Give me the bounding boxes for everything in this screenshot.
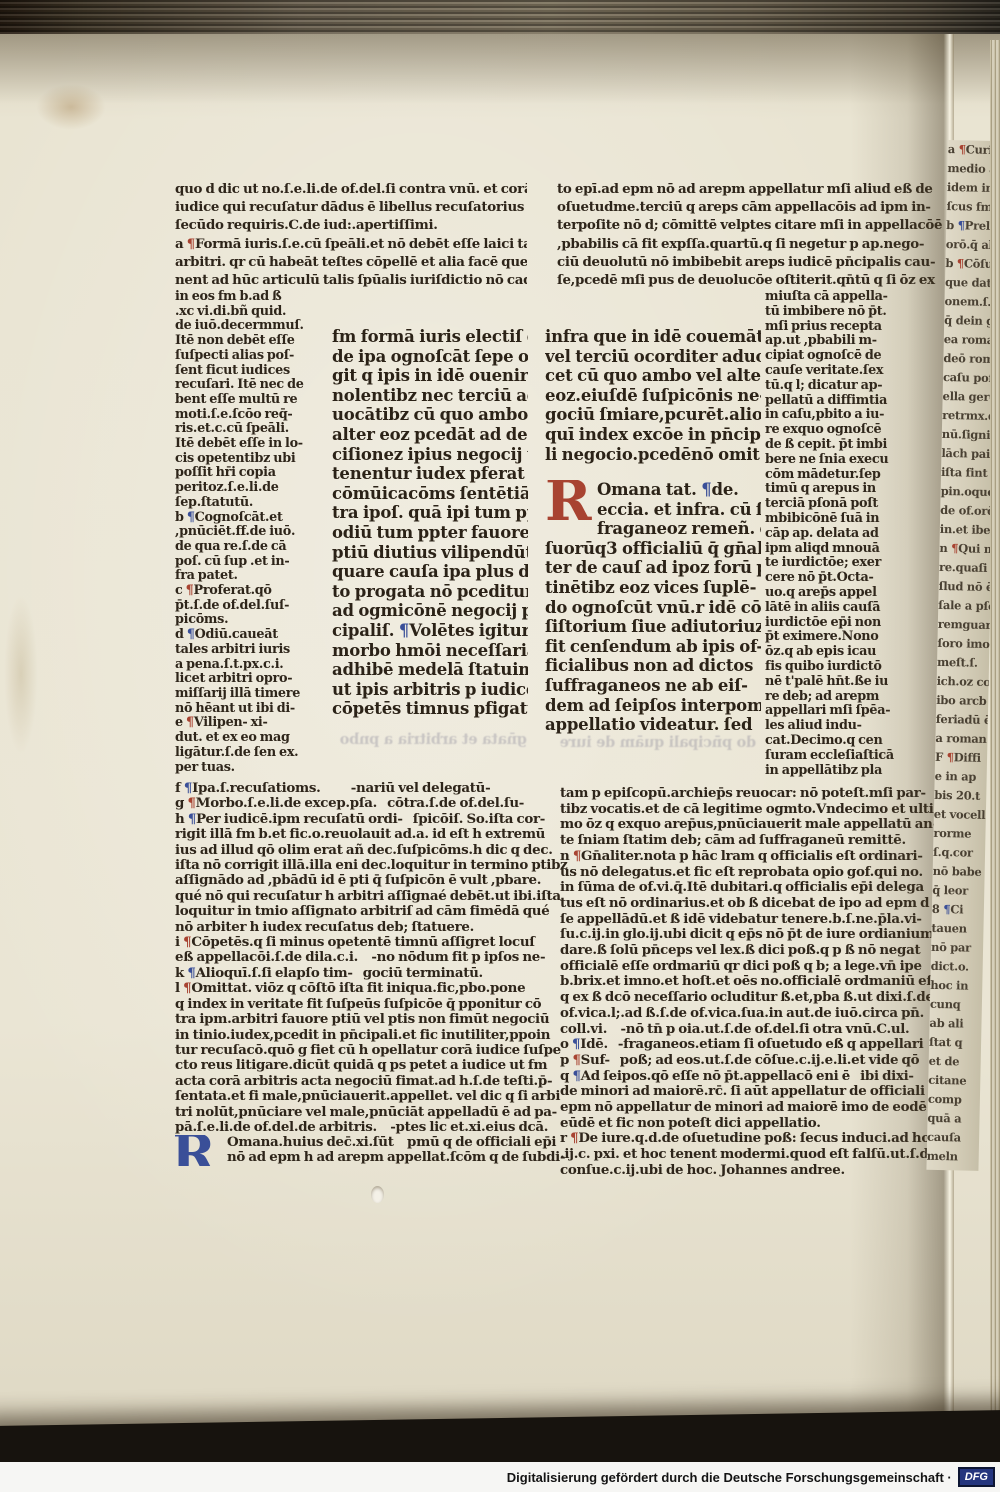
text-line: onem.ſ.de	[944, 292, 996, 312]
text-line: citane	[928, 1071, 980, 1091]
text-line: nō hēant ut ibi di-	[175, 702, 349, 717]
text-line: de ipa ognoſcāt ſepe otin	[332, 347, 528, 367]
paper-stain	[4, 594, 38, 754]
text-line: tales arbitri iuris	[175, 643, 349, 658]
text-line: remguar	[938, 615, 990, 635]
gloss-left-column: in eos fm b.ad ß.xc vi.di.bñ quid.de iuō…	[175, 290, 349, 775]
text-line: cet cū quo ambo vel alter	[545, 366, 761, 386]
text-line: fm formā iuris electiſ qui	[332, 327, 528, 347]
text-line: ſtat q	[929, 1033, 981, 1053]
text-line: appellatio videatur. ſed	[545, 715, 761, 735]
pilcrow-blue: ¶	[187, 627, 195, 642]
text-line: ſuorūq3 officialiū q̄ gn̄ali-	[545, 539, 761, 559]
text-line: ſuſpecti alias poſ-	[175, 349, 349, 364]
text-line: dut. et ex eo mag	[175, 731, 349, 746]
text-line: ptiū diutius vilipendūt.	[332, 543, 528, 563]
text-line: ſoro imo	[937, 634, 989, 654]
text-line: nent ad hūc articulū talis ſpūalis iuriſ…	[175, 271, 527, 289]
text-line: tra ipm.arbitri fauore ptiū vel ptis non…	[175, 1012, 595, 1027]
ink-show-through-right: do pn̄cipali quām de iure	[560, 734, 756, 751]
text-line: tauen	[931, 919, 983, 939]
text-line: gociū ſmiare,pcurēt.alio-	[545, 405, 761, 425]
text-line: alter eoz pcedāt ad de-	[332, 425, 528, 445]
pilcrow-blue: ¶	[188, 811, 196, 827]
text-line: q̄ leor	[932, 881, 984, 901]
pilcrow-red: ¶	[186, 715, 194, 730]
text-line: quā a	[927, 1109, 979, 1129]
dfg-credit-text: Digitalisierung gefördert durch die Deut…	[507, 1470, 952, 1485]
text-line: ſecūdo requiris.C.de iud:.apertiſſimi.	[175, 216, 527, 234]
dfg-logo: DFG	[958, 1467, 995, 1487]
text-line: 8 ¶Ci	[932, 900, 984, 920]
text-line: ſep.ſtatutū.	[175, 496, 349, 511]
text-line: q index in veritate fit ſuſpeūs ſuſpicōe…	[175, 997, 595, 1012]
text-line: meln	[927, 1147, 979, 1167]
text-line: k ¶Alioquī.ſ.ſi elapſo tim- gociū termin…	[175, 966, 595, 981]
text-line: odiū tum ppter fauorem	[332, 523, 528, 543]
text-line: ſ.q.cor	[933, 843, 985, 863]
text-line: poſ. cū ſup .et in-	[175, 555, 349, 570]
pilcrow-red: ¶	[187, 795, 195, 811]
text-line: cunq	[930, 995, 982, 1015]
text-line: c ¶Proferat.qō	[175, 584, 349, 599]
pilcrow-red: ¶	[957, 256, 964, 270]
pilcrow-red: ¶	[183, 980, 191, 996]
pilcrow-blue: ¶	[701, 480, 711, 499]
text-line: cōmūicacōms ſentētiā cō-	[332, 484, 528, 504]
pilcrow-red: ¶	[183, 934, 191, 950]
text-line: ea roman	[944, 330, 996, 350]
text-line: cōpetēs timnus pfigatur	[332, 699, 528, 719]
pilcrow-blue: ¶	[958, 218, 965, 232]
pilcrow-red: ¶	[572, 1052, 580, 1068]
text-line: ſuffraganeos ne ab eiſ-	[545, 676, 761, 696]
text-line: rorme	[933, 824, 985, 844]
pilcrow-blue: ¶	[399, 621, 409, 640]
text-line: comp	[928, 1090, 980, 1110]
pilcrow-blue: ¶	[187, 965, 195, 981]
text-line: ficialibus non ad dictos	[545, 656, 761, 676]
pilcrow-red: ¶	[186, 583, 194, 598]
text-line: cto reus litigare.dicūt quidā q ps petet…	[175, 1058, 595, 1073]
pilcrow-red: ¶	[959, 142, 966, 156]
dfg-credit-bar: Digitalisierung gefördert durch die Deut…	[0, 1462, 1000, 1492]
pilcrow-red: ¶	[947, 750, 954, 764]
text-line: a pena.ſ.t.px.c.i.	[175, 658, 349, 673]
text-line: a roman	[935, 729, 987, 749]
text-line: acta corā arbitris acta negociū fimat.ad…	[175, 1074, 595, 1089]
text-line: recuſari. Itē nec de	[175, 378, 349, 393]
text-line: p̄t.ſ.de of.del.ſuſ-	[175, 599, 349, 614]
text-line: l ¶Omittat. viōz q cōſtō iſta fit iniqua…	[175, 981, 595, 996]
pilcrow-blue: ¶	[572, 1036, 580, 1052]
text-line: peritoz.ſ.e.li.de	[175, 481, 349, 496]
text-line: nō arbiter h iudex recuſatus deb; ſtatue…	[175, 920, 595, 935]
text-line: quare cauſa ipa plus debi	[332, 562, 528, 582]
text-line: adhibē medelā ſtatuim9	[332, 660, 528, 680]
text-line: in eos fm b.ad ß	[175, 290, 349, 305]
text-line: nolentibz nec terciū ad-	[332, 386, 528, 406]
text-line: uocātibz cū quo ambo vel	[332, 405, 528, 425]
text-line: ut ipis arbitris p iudicez	[332, 680, 528, 700]
text-line: rigit illā fm b.et fic.o.reuolauit ad.a.…	[175, 827, 595, 842]
digitized-book-photo: quo d dic ut no.ſ.e.li.de of.del.ſi cont…	[0, 0, 1000, 1492]
text-line: ibo arcb	[936, 691, 988, 711]
text-line: poſſit hr̄i copia	[175, 466, 349, 481]
text-line: ad ogmicōnē negocij pn̄	[332, 601, 528, 621]
pilcrow-blue: ¶	[943, 902, 950, 916]
pilcrow-blue: ¶	[572, 1068, 580, 1084]
text-line: licet arbitri opro-	[175, 672, 349, 687]
text-line: tra ipoſ. quā ipi tum ppter	[332, 503, 528, 523]
text-line: in.et ibe	[940, 520, 992, 540]
text-line: iſta nō corrigit illā.illa eni dec.loqui…	[175, 858, 595, 873]
text-line: git q ipis in idē ouenire	[332, 366, 528, 386]
text-line: d ¶Odiū.caueāt	[175, 628, 349, 643]
text-line: ella gere.ſ	[942, 387, 994, 407]
text-line: ligātur.ſ.de ſen ex.	[175, 746, 349, 761]
text-line: et vocell	[934, 805, 986, 825]
text-line: aſſignādo ad ,pbādū id ē pti q̄ ſuſpicōn…	[175, 873, 595, 888]
paper-hole	[371, 1186, 384, 1203]
text-line: Itē non debēt eſſe	[175, 334, 349, 349]
text-line: nō par	[931, 938, 983, 958]
paper-stain	[36, 84, 106, 130]
text-line: ,pnūciēt.ff.de iuō.	[175, 525, 349, 540]
text-line: eß appellacōi.ſ.de dila.c.i. -no nōdum f…	[175, 950, 595, 965]
text-line: h ¶Per iudicē.ipm recuſatū ordi- ſpicōiſ…	[175, 812, 595, 827]
text-line: ab ali	[929, 1014, 981, 1034]
text-line: retrmx.de	[942, 406, 994, 426]
text-line: b ¶Cognoſcāt.et	[175, 511, 349, 526]
text-line: ſale a pſo	[938, 596, 990, 616]
text-line: fra patet.	[175, 569, 349, 584]
text-line: ſiſtorium ſiue adiutoriuz	[545, 617, 761, 637]
text-line: ris.et.c.cū ſpeāli.	[175, 422, 349, 437]
main-text-right-romana: R Omana tat. ¶de.eccia. et infra. cū ſuf…	[545, 480, 761, 735]
text-line: bent eſſe multū re	[175, 393, 349, 408]
text-line: vel terciū ocorditer aduo	[545, 347, 761, 367]
text-line: tinētibz eoz vices ſuplē-	[545, 578, 761, 598]
text-line: n ¶Qui m	[939, 539, 991, 559]
text-line: lāch pail	[941, 444, 993, 464]
pilcrow-red: ¶	[570, 1130, 578, 1146]
text-line: do ognoſcūt vnū.r idē cō-	[545, 598, 761, 618]
text-line: li negocio.pcedēnō omit	[545, 445, 761, 465]
text-line: infra que in idē couemāt.	[545, 327, 761, 347]
text-line: re.quaſi d	[939, 558, 991, 578]
text-line: nō babe	[932, 862, 984, 882]
text-line: ſent ficut iudices	[175, 364, 349, 379]
pilcrow-red: ¶	[187, 236, 195, 252]
text-line: et de	[929, 1052, 981, 1072]
text-line: q̄ dein gar	[944, 311, 996, 331]
main-text-right-upper: infra que in idē couemāt.vel terciū ocor…	[545, 327, 761, 464]
text-line: eoz.eiuſdē ſuſpicōnis ne-	[545, 386, 761, 406]
text-line: arbitri. qr cū habeāt teſtes cōpellē et …	[175, 253, 527, 271]
text-line: dem ad ſeipſos interpom	[545, 696, 761, 716]
text-line: hoc in	[930, 976, 982, 996]
text-line: de iuō.decermmuſ.	[175, 319, 349, 334]
text-line: ius ad illud qō olim erat añ dec.ſuſpicō…	[175, 843, 595, 858]
text-line: fit cenſendum ab ipis of-	[545, 637, 761, 657]
page-edge-strip	[990, 40, 1000, 1448]
rubricated-initial-R-blue: R	[175, 1135, 216, 1166]
text-line: quī index excōe in pn̄cipa	[545, 425, 761, 445]
text-line: tenentur iudex pferat ex	[332, 464, 528, 484]
text-line: ciſionez ipius negocij ut	[332, 445, 528, 465]
text-line: nū.ſignific	[942, 425, 994, 445]
pilcrow-red: ¶	[951, 541, 958, 555]
text-line: picōms.	[175, 613, 349, 628]
text-line: in tinio.iudex,pcedit in pn̄cipali.et fi…	[175, 1028, 595, 1043]
text-line: cis opetentibz ubi	[175, 452, 349, 467]
text-line: e ¶Vilipen- xi-	[175, 716, 349, 731]
text-line: g ¶Morbo.ſ.e.li.de excep.pſa. cōtra.ſ.de…	[175, 796, 595, 811]
text-line: e in ap	[934, 767, 986, 787]
text-line: qué nō qui recuſatur h arbitri aſſignaé …	[175, 889, 595, 904]
text-line: feriadū ē	[936, 710, 988, 730]
text-line: per tuas.	[175, 761, 349, 776]
text-line: quo d dic ut no.ſ.e.li.de of.del.ſi cont…	[175, 180, 527, 198]
text-line: morbo hmōi neceſſariam	[332, 641, 528, 661]
text-line: F ¶Diffi	[935, 748, 987, 768]
text-line: meſt.ſ.	[937, 653, 989, 673]
text-line: de of.orō.	[940, 501, 992, 521]
main-text-left: fm formā iuris electiſ quide ipa ognoſcā…	[332, 327, 528, 719]
text-line: ich.oz cor	[936, 672, 988, 692]
text-line: caſu poſſum	[943, 368, 995, 388]
text-line: tur recuſacō.quō g fiet cū h opellatur c…	[175, 1043, 595, 1058]
text-line: deō romana	[943, 349, 995, 369]
text-line: i ¶Cōpetēs.q ſi minus opetentē timnū aſſ…	[175, 935, 595, 950]
text-line: ter de cauſ ad ipoz forū p	[545, 558, 761, 578]
text-line: iudice qui recuſatur dādus ē libellus re…	[175, 198, 527, 216]
text-line: tri nolūt,pnūciare vel male,pnūciāt appe…	[175, 1105, 595, 1120]
text-line: miſſarij illā timere	[175, 687, 349, 702]
gloss-top-left: quo d dic ut no.ſ.e.li.de of.del.ſi cont…	[175, 180, 527, 289]
text-line: iſta fint pa	[941, 463, 993, 483]
text-line: de qua re.ſ.de cā	[175, 540, 349, 555]
text-line: ſentata.et fi male,pnūciauerit.appellet.…	[175, 1089, 595, 1104]
text-line: cauſa	[927, 1128, 979, 1148]
gloss-bottom-left: f ¶Ipa.ſ.recuſatioms. -nariū vel delegat…	[175, 781, 595, 1135]
ink-show-through-left: gn̄ata et arbitria a pnbo	[340, 731, 527, 748]
text-line: to progata nō pceditur	[332, 582, 528, 602]
pilcrow-blue: ¶	[184, 781, 192, 796]
pilcrow-red: ¶	[573, 848, 581, 864]
text-line: moti.ſ.e.ſcōo req̄-	[175, 408, 349, 423]
text-line: f ¶Ipa.ſ.recuſatioms. -nariū vel delegat…	[175, 781, 595, 796]
text-line: cipaliſ. ¶Volētes igitur	[332, 621, 528, 641]
text-line: dict.o.	[930, 957, 982, 977]
text-line: Itē debēt eſſe in lo-	[175, 437, 349, 452]
text-line: pin.oque	[940, 482, 992, 502]
text-line: a ¶Formā iuris.ſ.e.cū ſpeāli.et nō debēt…	[175, 235, 527, 253]
rubricated-initial-R-red: R	[545, 480, 597, 520]
pilcrow-blue: ¶	[187, 510, 195, 525]
text-line: loquitur in tmio aſſignato arbitriſ ad c…	[175, 904, 595, 919]
text-line: pā.ſ.e.li.de of.del.de arbitris. -ptes l…	[175, 1120, 595, 1135]
text-line: ſlud nō ē	[938, 577, 990, 597]
text-line: .xc vi.di.bñ quid.	[175, 305, 349, 320]
text-line: bis 20.t	[934, 786, 986, 806]
